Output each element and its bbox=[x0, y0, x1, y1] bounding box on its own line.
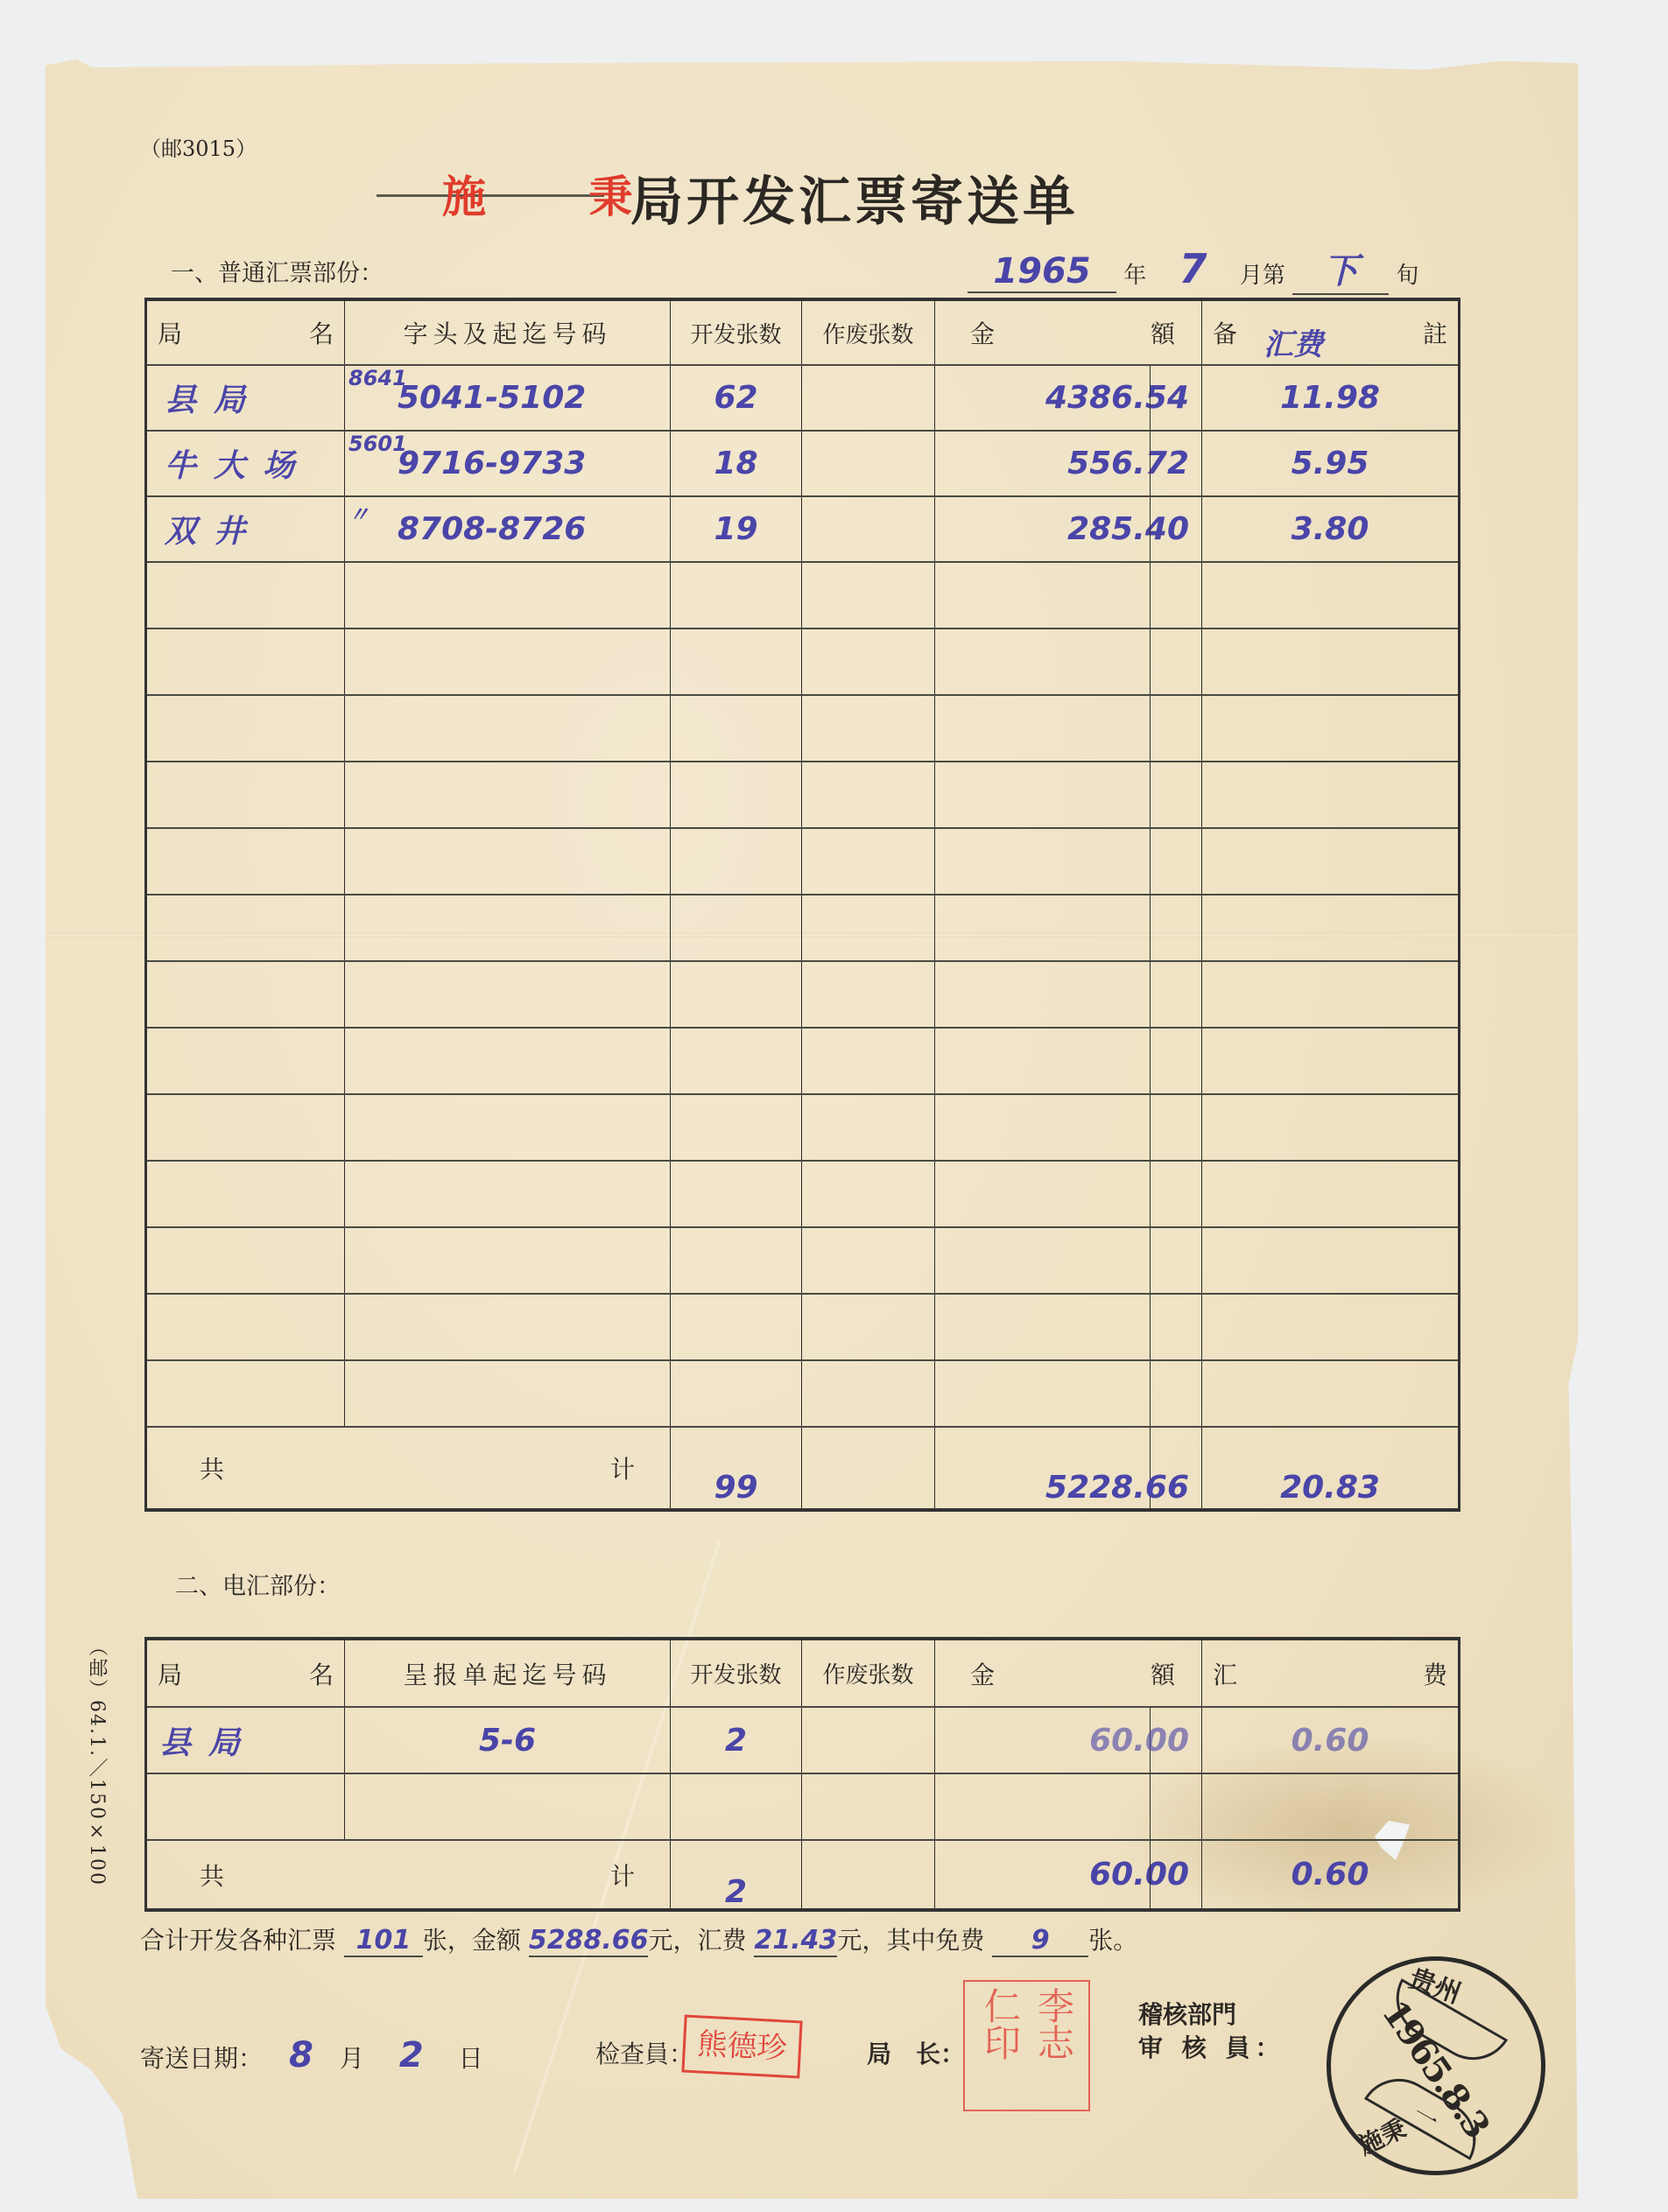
summary-line: 合计开发各种汇票 101张，金额 5288.66元，汇费 21.43元，其中免费… bbox=[140, 1921, 1137, 1957]
cell-issued[interactable] bbox=[671, 762, 802, 828]
year-field[interactable]: 1965 bbox=[968, 251, 1116, 293]
table-row: 县局5-6260.000.60 bbox=[146, 1707, 1460, 1773]
cents-divider bbox=[1150, 895, 1151, 960]
cell-office[interactable] bbox=[146, 828, 345, 895]
cell-serial[interactable] bbox=[345, 895, 671, 961]
summary-amount[interactable]: 5288.66 bbox=[529, 1925, 649, 1957]
cell-remarks[interactable] bbox=[1202, 695, 1460, 762]
cell-amount[interactable] bbox=[935, 762, 1202, 828]
cell-serial[interactable] bbox=[345, 828, 671, 895]
cents-divider bbox=[1150, 1029, 1151, 1093]
cell-serial[interactable] bbox=[345, 1161, 671, 1227]
cell-serial[interactable] bbox=[345, 762, 671, 828]
cents-divider bbox=[1150, 962, 1151, 1027]
cell-serial[interactable]: 〃8708-8726 bbox=[345, 496, 671, 562]
cell-voided[interactable] bbox=[802, 961, 935, 1028]
summary-fee-unit: 元，其中免费 bbox=[837, 1926, 984, 1955]
cell-issued[interactable] bbox=[671, 628, 802, 695]
cell-issued[interactable] bbox=[671, 562, 802, 628]
cell-office[interactable] bbox=[146, 961, 345, 1028]
month-field[interactable]: 7 bbox=[1154, 245, 1233, 292]
page-title: 局开发汇票寄送单 bbox=[630, 160, 1079, 235]
cell-issued[interactable]: 62 bbox=[671, 365, 802, 431]
cell-voided[interactable] bbox=[802, 1294, 935, 1360]
table-row bbox=[146, 1773, 1460, 1840]
table-row: 牛大场56019716-973318556.725.95 bbox=[146, 431, 1460, 496]
table-header-row: 局名 字头及起迄号码 开发张数 作废张数 金額 备註 汇费 bbox=[146, 299, 1460, 365]
cell-serial[interactable]: 5-6 bbox=[345, 1707, 671, 1773]
cell-issued[interactable] bbox=[671, 1773, 802, 1840]
header-amount: 金額 bbox=[935, 299, 1202, 365]
table-row bbox=[146, 1294, 1460, 1360]
header-serial: 字头及起迄号码 bbox=[345, 299, 671, 365]
inspector-label: 检查員： bbox=[595, 2035, 693, 2070]
cell-serial[interactable] bbox=[345, 1773, 671, 1840]
cell-voided[interactable] bbox=[802, 1094, 935, 1161]
total-voided[interactable] bbox=[802, 1840, 935, 1910]
cell-office[interactable]: 牛大场 bbox=[146, 431, 345, 496]
cell-remarks[interactable] bbox=[1202, 895, 1460, 961]
cell-office[interactable] bbox=[146, 695, 345, 762]
cell-amount[interactable] bbox=[935, 1161, 1202, 1227]
summary-count[interactable]: 101 bbox=[344, 1925, 423, 1957]
cell-remarks[interactable] bbox=[1202, 1294, 1460, 1360]
cell-amount[interactable]: 4386.54 bbox=[935, 365, 1202, 431]
cell-issued[interactable] bbox=[671, 695, 802, 762]
total-fee[interactable]: 0.60 bbox=[1202, 1840, 1460, 1910]
total-amount[interactable]: 60.00 bbox=[935, 1840, 1202, 1910]
summary-count-unit: 张，金额 bbox=[423, 1926, 521, 1955]
header-remarks: 备註 汇费 bbox=[1202, 299, 1460, 365]
cell-remarks[interactable] bbox=[1202, 762, 1460, 828]
cents-divider bbox=[1150, 696, 1151, 761]
total-issued[interactable]: 2 bbox=[671, 1840, 802, 1910]
cell-amount[interactable] bbox=[935, 895, 1202, 961]
cents-divider bbox=[1150, 497, 1151, 561]
cell-remarks[interactable] bbox=[1202, 562, 1460, 628]
header-voided: 作废张数 bbox=[802, 1639, 935, 1707]
cell-office[interactable] bbox=[146, 1227, 345, 1294]
section1-label: 一、普通汇票部份： bbox=[171, 254, 384, 288]
summary-free[interactable]: 9 bbox=[992, 1925, 1088, 1957]
table-row bbox=[146, 762, 1460, 828]
cents-divider bbox=[1150, 366, 1151, 430]
table-row bbox=[146, 1360, 1460, 1427]
table-total-row: 共计995228.6620.83 bbox=[146, 1427, 1460, 1510]
audit-dept-label: 稽核部門 bbox=[1138, 1996, 1236, 2031]
cell-office[interactable] bbox=[146, 628, 345, 695]
cell-serial[interactable] bbox=[345, 695, 671, 762]
cell-office[interactable] bbox=[146, 1094, 345, 1161]
form-code: （邮3015） bbox=[140, 131, 257, 162]
cell-voided[interactable] bbox=[802, 431, 935, 496]
cents-divider bbox=[1150, 1295, 1151, 1359]
table-row bbox=[146, 1094, 1460, 1161]
cell-serial[interactable]: 86415041-5102 bbox=[345, 365, 671, 431]
cell-voided[interactable] bbox=[802, 1161, 935, 1227]
cell-issued[interactable] bbox=[671, 828, 802, 895]
cell-office[interactable] bbox=[146, 1294, 345, 1360]
summary-prefix: 合计开发各种汇票 bbox=[140, 1926, 336, 1955]
cell-serial[interactable] bbox=[345, 1028, 671, 1094]
cell-voided[interactable] bbox=[802, 496, 935, 562]
cell-amount[interactable]: 60.00 bbox=[935, 1707, 1202, 1773]
month-suffix: 月第 bbox=[1240, 263, 1285, 289]
cell-remarks[interactable]: 5.95 bbox=[1202, 431, 1460, 496]
header-serial: 呈报单起迄号码 bbox=[345, 1639, 671, 1707]
table-row: 双井〃8708-872619285.403.80 bbox=[146, 496, 1460, 562]
cell-amount[interactable] bbox=[935, 961, 1202, 1028]
cell-office[interactable]: 县局 bbox=[146, 1707, 345, 1773]
cell-office[interactable] bbox=[146, 1360, 345, 1427]
cell-amount[interactable] bbox=[935, 1028, 1202, 1094]
cell-remarks[interactable] bbox=[1202, 628, 1460, 695]
cell-issued[interactable]: 2 bbox=[671, 1707, 802, 1773]
cents-divider bbox=[1150, 629, 1151, 694]
table-row bbox=[146, 1227, 1460, 1294]
cell-office[interactable]: 双井 bbox=[146, 496, 345, 562]
cell-remarks[interactable] bbox=[1202, 1094, 1460, 1161]
cell-issued[interactable] bbox=[671, 1227, 802, 1294]
cell-voided[interactable] bbox=[802, 1028, 935, 1094]
cell-amount[interactable] bbox=[935, 695, 1202, 762]
cell-voided[interactable] bbox=[802, 1707, 935, 1773]
cents-divider bbox=[1150, 432, 1151, 495]
ordinary-drafts-table: 局名 字头及起迄号码 开发张数 作废张数 金額 备註 汇费 县局86415041… bbox=[144, 298, 1460, 1512]
total-issued[interactable]: 99 bbox=[671, 1427, 802, 1510]
cell-voided[interactable] bbox=[802, 895, 935, 961]
send-month-unit: 月 bbox=[340, 2044, 364, 2073]
cell-serial[interactable] bbox=[345, 1360, 671, 1427]
cell-office[interactable] bbox=[146, 562, 345, 628]
cell-serial[interactable] bbox=[345, 628, 671, 695]
send-day-unit: 日 bbox=[459, 2044, 483, 2073]
cell-remarks[interactable] bbox=[1202, 1360, 1460, 1427]
cell-voided[interactable] bbox=[802, 695, 935, 762]
cell-issued[interactable] bbox=[671, 1094, 802, 1161]
send-date: 寄送日期： 8 月 2 日 bbox=[140, 2035, 483, 2075]
cents-divider bbox=[1150, 1841, 1151, 1908]
header-office: 局名 bbox=[146, 299, 345, 365]
cell-serial[interactable] bbox=[345, 1094, 671, 1161]
cell-voided[interactable] bbox=[802, 1773, 935, 1840]
header-issued: 开发张数 bbox=[671, 1639, 802, 1707]
table-row bbox=[146, 961, 1460, 1028]
total-remarks[interactable]: 20.83 bbox=[1202, 1427, 1460, 1510]
period-line: 1965 年 7 月第 下 旬 bbox=[968, 243, 1418, 295]
summary-free-unit: 张。 bbox=[1088, 1926, 1137, 1955]
header-issued: 开发张数 bbox=[671, 299, 802, 365]
cell-issued[interactable] bbox=[671, 1360, 802, 1427]
cell-remarks[interactable] bbox=[1202, 828, 1460, 895]
cell-issued[interactable]: 19 bbox=[671, 496, 802, 562]
director-seal: 李志 仁印 bbox=[963, 1980, 1090, 2111]
cell-voided[interactable] bbox=[802, 562, 935, 628]
summary-amount-unit: 元，汇费 bbox=[648, 1926, 746, 1955]
cell-amount[interactable] bbox=[935, 628, 1202, 695]
cell-issued[interactable]: 18 bbox=[671, 431, 802, 496]
side-print-code: （邮）64.1.／150×100 bbox=[83, 1637, 110, 1886]
cell-issued[interactable] bbox=[671, 1294, 802, 1360]
cents-divider bbox=[1150, 829, 1151, 894]
table-row: 县局86415041-5102624386.5411.98 bbox=[146, 365, 1460, 431]
cell-amount[interactable] bbox=[935, 828, 1202, 895]
cents-divider bbox=[1150, 1095, 1151, 1160]
cell-serial[interactable] bbox=[345, 562, 671, 628]
cell-issued[interactable] bbox=[671, 1161, 802, 1227]
cell-office[interactable] bbox=[146, 1773, 345, 1840]
postmark-stamp: 贵州 1965.8.3 一 施秉 bbox=[1327, 1956, 1545, 2175]
total-label: 共计 bbox=[146, 1840, 671, 1910]
header-fee: 汇费 bbox=[1202, 1639, 1460, 1707]
header-office: 局名 bbox=[146, 1639, 345, 1707]
period-suffix: 旬 bbox=[1396, 263, 1418, 289]
cell-issued[interactable] bbox=[671, 961, 802, 1028]
cell-office[interactable] bbox=[146, 1161, 345, 1227]
cell-voided[interactable] bbox=[802, 1360, 935, 1427]
cents-divider bbox=[1150, 762, 1151, 827]
director-seal-right: 李志 bbox=[1027, 1987, 1080, 2061]
cell-serial[interactable] bbox=[345, 1227, 671, 1294]
table-row bbox=[146, 895, 1460, 961]
cell-fee[interactable] bbox=[1202, 1773, 1460, 1840]
total-label: 共计 bbox=[146, 1427, 671, 1510]
header-amount: 金額 bbox=[935, 1639, 1202, 1707]
cell-office[interactable] bbox=[146, 762, 345, 828]
total-amount[interactable]: 5228.66 bbox=[935, 1427, 1202, 1510]
section2-label: 二、电汇部份： bbox=[175, 1567, 341, 1601]
header-voided: 作废张数 bbox=[802, 299, 935, 365]
cents-divider bbox=[1150, 1774, 1151, 1839]
cell-amount[interactable] bbox=[935, 1360, 1202, 1427]
cell-serial[interactable] bbox=[345, 961, 671, 1028]
table-row bbox=[146, 628, 1460, 695]
cell-issued[interactable] bbox=[671, 895, 802, 961]
cell-amount[interactable]: 285.40 bbox=[935, 496, 1202, 562]
cell-remarks[interactable]: 3.80 bbox=[1202, 496, 1460, 562]
remarks-note: 汇费 bbox=[1263, 320, 1323, 363]
send-date-label: 寄送日期： bbox=[140, 2044, 263, 2073]
cell-voided[interactable] bbox=[802, 828, 935, 895]
cell-remarks[interactable] bbox=[1202, 1161, 1460, 1227]
total-voided[interactable] bbox=[802, 1427, 935, 1510]
send-day[interactable]: 2 bbox=[372, 2035, 451, 2075]
cell-amount[interactable] bbox=[935, 562, 1202, 628]
cell-office[interactable]: 县局 bbox=[146, 365, 345, 431]
cell-office[interactable] bbox=[146, 895, 345, 961]
cents-divider bbox=[1150, 1361, 1151, 1426]
cell-remarks[interactable] bbox=[1202, 1028, 1460, 1094]
table-header-row: 局名 呈报单起迄号码 开发张数 作废张数 金額 汇费 bbox=[146, 1639, 1460, 1707]
cell-remarks[interactable] bbox=[1202, 961, 1460, 1028]
table-row bbox=[146, 828, 1460, 895]
cell-voided[interactable] bbox=[802, 628, 935, 695]
cell-serial[interactable] bbox=[345, 1294, 671, 1360]
cell-voided[interactable] bbox=[802, 762, 935, 828]
cell-serial[interactable]: 56019716-9733 bbox=[345, 431, 671, 496]
inspector-seal: 熊德珍 bbox=[681, 2015, 802, 2079]
cell-amount[interactable] bbox=[935, 1773, 1202, 1840]
table-row bbox=[146, 695, 1460, 762]
cell-amount[interactable] bbox=[935, 1094, 1202, 1161]
year-suffix: 年 bbox=[1123, 263, 1146, 289]
cell-voided[interactable] bbox=[802, 1227, 935, 1294]
director-seal-left: 仁印 bbox=[974, 1987, 1026, 2061]
table-row bbox=[146, 562, 1460, 628]
cents-divider bbox=[1150, 1162, 1151, 1226]
telegraphic-transfer-table: 局名 呈报单起迄号码 开发张数 作废张数 金額 汇费 县局5-6260.000.… bbox=[144, 1637, 1460, 1912]
cell-amount[interactable]: 556.72 bbox=[935, 431, 1202, 496]
cell-amount[interactable] bbox=[935, 1227, 1202, 1294]
cents-divider bbox=[1150, 1228, 1151, 1293]
director-label: 局 长： bbox=[867, 2035, 965, 2070]
cell-remarks[interactable] bbox=[1202, 1227, 1460, 1294]
cell-fee[interactable]: 0.60 bbox=[1202, 1707, 1460, 1773]
cell-amount[interactable] bbox=[935, 1294, 1202, 1360]
period-field[interactable]: 下 bbox=[1292, 243, 1389, 295]
cell-remarks[interactable]: 11.98 bbox=[1202, 365, 1460, 431]
cell-voided[interactable] bbox=[802, 365, 935, 431]
cents-divider bbox=[1150, 563, 1151, 628]
cell-issued[interactable] bbox=[671, 1028, 802, 1094]
table-row bbox=[146, 1028, 1460, 1094]
auditor-label: 审 核 員： bbox=[1138, 2029, 1285, 2064]
send-month[interactable]: 8 bbox=[271, 2035, 332, 2075]
cell-office[interactable] bbox=[146, 1028, 345, 1094]
table-total-row: 共计260.000.60 bbox=[146, 1840, 1460, 1910]
table-row bbox=[146, 1161, 1460, 1227]
summary-fee[interactable]: 21.43 bbox=[754, 1925, 837, 1957]
